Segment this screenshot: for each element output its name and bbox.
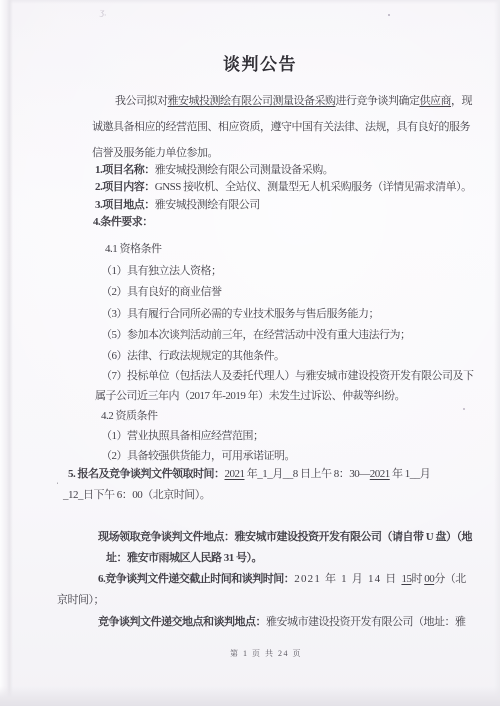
scan-speck xyxy=(388,14,390,16)
scan-speck xyxy=(463,408,465,410)
document-line: 4.条件要求： xyxy=(93,216,153,229)
document-line: 1.项目名称：雅安城投测绘有限公司测量设备采购。 xyxy=(95,164,333,177)
document-line: （6）法律、行政法规规定的其他条件。 xyxy=(101,350,285,363)
text-segment: 年 1__月 xyxy=(390,468,431,480)
document-line: 京时间）； xyxy=(57,594,104,607)
text-segment: 4.条件要求： xyxy=(93,216,153,228)
text-segment: 供应商 xyxy=(420,95,452,107)
document-line: 4.1 资格条件 xyxy=(105,243,162,256)
document-line: 诚邀具备相应的经营范围、相应资质，遵守中国有关法律、法规，具有良好的服务 xyxy=(92,121,470,134)
text-segment: （1）营业执照具备相应经营范围； xyxy=(101,430,264,442)
text-segment: （3）具有履行合同所必需的专业技术服务与售后服务能力； xyxy=(101,308,379,320)
document-line: 现场领取竞争谈判文件地点：雅安城市建设投资开发有限公司（请自带 U 盘）（地 xyxy=(98,531,472,544)
text-segment: 进行竞争谈判确定 xyxy=(336,95,420,107)
text-segment: 2021 xyxy=(370,468,390,480)
text-segment: （6）法律、行政法规规定的其他条件。 xyxy=(101,350,285,362)
text-segment: 我公司拟对 xyxy=(115,95,168,107)
stray-pen-tick: ˈ xyxy=(56,481,59,491)
document-line: _12_日下午 6：00（北京时间）。 xyxy=(63,489,210,502)
text-segment: 2021 年 1 月 14 日 xyxy=(294,573,401,585)
document-line: 我公司拟对雅安城投测绘有限公司测量设备采购进行竞争谈判确定供应商，现 xyxy=(115,95,472,108)
text-segment: 4.1 资格条件 xyxy=(105,243,162,255)
document-line: 竞争谈判文件递交地点和谈判地点：雅安城市建设投资开发有限公司（地址：雅 xyxy=(98,616,466,629)
document-line: （2）具有良好的商业信誉 xyxy=(101,286,222,299)
text-segment: （1）具有独立法人资格； xyxy=(101,265,222,277)
text-segment: 6.竞争谈判文件递交截止时间和谈判时间： xyxy=(98,573,294,585)
text-segment: GNSS 接收机、全站仪、测量型无人机采购服务（详情见需求清单）。 xyxy=(155,181,472,193)
document-line: 3.项目地点：雅安城投测绘有限公司 xyxy=(95,199,260,212)
document-line: 6.竞争谈判文件递交截止时间和谈判时间：2021 年 1 月 14 日 15时 … xyxy=(98,573,466,586)
text-segment: 信誉及服务能力单位参加。 xyxy=(92,147,218,159)
text-segment: 00 xyxy=(424,573,434,585)
document-line: （7）投标单位（包括法人及委托代理人）与雅安城市建设投资开发有限公司及下 xyxy=(101,370,474,383)
text-segment: 雅安城投测绘有限公司测量设备采购 xyxy=(168,95,336,107)
text-segment: 属子公司近三年内（2017 年-2019 年）未发生过诉讼、仲裁等纠纷。 xyxy=(95,390,405,402)
text-segment: 现场领取竞争谈判文件地点：雅安城市建设投资开发有限公司（请自带 U 盘）（地 xyxy=(98,531,472,543)
scan-edge-top xyxy=(0,0,500,4)
scanned-document-page: ʒ. ˈ 谈判公告 我公司拟对雅安城投测绘有限公司测量设备采购进行竞争谈判确定供… xyxy=(0,0,500,706)
text-segment: 诚邀具备相应的经营范围、相应资质，遵守中国有关法律、法规，具有良好的服务 xyxy=(92,121,470,133)
text-segment: 雅安城投测绘有限公司 xyxy=(155,199,260,211)
document-line: 2.项目内容：GNSS 接收机、全站仪、测量型无人机采购服务（详情见需求清单）。 xyxy=(95,181,472,194)
text-segment: 1.项目名称： xyxy=(95,164,155,176)
text-segment: 雅安城投测绘有限公司测量设备采购。 xyxy=(155,164,334,176)
text-segment: （2）具有良好的商业信誉 xyxy=(101,286,222,298)
text-segment: 京时间）； xyxy=(57,594,104,606)
text-segment: 2.项目内容： xyxy=(95,181,155,193)
text-segment: 4.2 资质条件 xyxy=(101,410,158,422)
text-segment: 址：雅安市雨城区人民路 31 号）。 xyxy=(106,552,262,564)
document-line: 信誉及服务能力单位参加。 xyxy=(92,147,218,160)
document-line: （2）具备较强供货能力，可用承诺证明。 xyxy=(101,450,295,463)
text-segment: 时 xyxy=(411,573,424,585)
document-line: 5. 报名及竞争谈判文件领取时间：2021 年_1_月__8 日上午 8：30—… xyxy=(68,468,430,481)
text-segment: ，现 xyxy=(451,95,472,107)
text-segment: 分（北 xyxy=(434,573,466,585)
scan-edge-left xyxy=(0,0,13,706)
text-segment: 竞争谈判文件递交地点和谈判地点： xyxy=(98,616,266,628)
text-segment: （7）投标单位（包括法人及委托代理人）与雅安城市建设投资开发有限公司及下 xyxy=(101,370,474,382)
text-segment: _12_日下午 6：00（北京时间）。 xyxy=(63,489,210,501)
document-line: （3）具有履行合同所必需的专业技术服务与售后服务能力； xyxy=(101,308,379,321)
document-line: （5）参加本次谈判活动前三年，在经营活动中没有重大违法行为； xyxy=(101,329,411,342)
page-title: 谈判公告 xyxy=(20,50,500,75)
text-segment: （2）具备较强供货能力，可用承诺证明。 xyxy=(101,450,295,462)
text-segment: 5. 报名及竞争谈判文件领取时间： xyxy=(68,468,225,480)
document-line: （1）营业执照具备相应经营范围； xyxy=(101,430,264,443)
text-segment: 15 xyxy=(401,573,411,585)
text-segment: 3.项目地点： xyxy=(95,199,155,211)
document-line: 址：雅安市雨城区人民路 31 号）。 xyxy=(106,552,262,565)
text-segment: 雅安城市建设投资开发有限公司（地址：雅 xyxy=(266,616,466,628)
scan-edge-bottom xyxy=(0,686,500,706)
text-segment: （5）参加本次谈判活动前三年，在经营活动中没有重大违法行为； xyxy=(101,329,411,341)
document-line: 属子公司近三年内（2017 年-2019 年）未发生过诉讼、仲裁等纠纷。 xyxy=(95,390,405,403)
pencil-mark: ʒ. xyxy=(99,6,108,18)
text-segment: 年_1_月__8 日上午 8：30— xyxy=(245,468,370,480)
document-line: 4.2 资质条件 xyxy=(101,410,158,423)
page-number-footer: 第 1 页 共 24 页 xyxy=(26,648,500,659)
document-line: （1）具有独立法人资格； xyxy=(101,265,222,278)
scan-edge-right xyxy=(494,0,500,706)
text-segment: 2021 xyxy=(225,468,245,480)
